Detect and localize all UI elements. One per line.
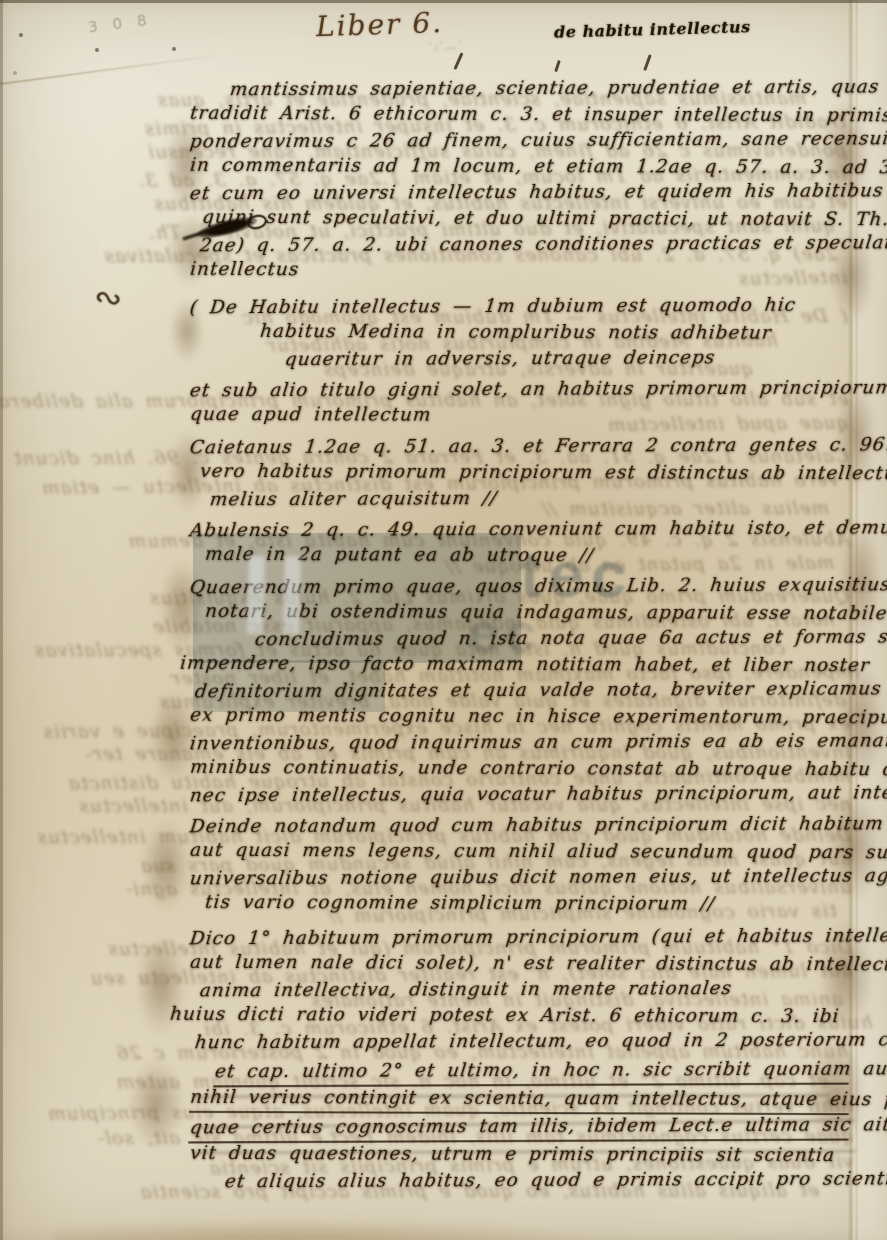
watermark-letters-lower: ec [468, 600, 542, 665]
manuscript-line: universalibus notione quibus dicit nomen… [188, 864, 851, 893]
manuscript-block: et cap. ultimo 2° et ultimo, in hoc n. s… [190, 1058, 850, 1194]
manuscript-block: ( De Habitu intellectus — 1m dubium est … [190, 294, 850, 372]
manuscript-line: vit duas quaestiones, utrum e primis pri… [189, 1141, 851, 1169]
manuscript-line: tradidit Arist. 6 ethicorum c. 3. et ins… [189, 101, 851, 129]
watermark-bar [247, 556, 265, 634]
manuscript-line: tis vario cognomine simplicium principio… [204, 890, 851, 918]
manuscript-line: anima intellectiva, distinguit in mente … [198, 976, 851, 1005]
manuscript-line: et cap. ultimo 2° et ultimo, in hoc n. s… [213, 1057, 852, 1088]
manuscript-line: et cum eo universi intellectus habitus, … [188, 179, 851, 208]
manuscript-line: 2ae) q. 57. a. 2. ubi canones conditione… [198, 231, 851, 260]
manuscript-line: Dico 1° habituum primorum principiorum (… [188, 924, 851, 953]
manuscript-line: quae apud intellectum [189, 402, 851, 430]
manuscript-line: inventionibus, quod inquirimus an cum pr… [188, 729, 851, 758]
manuscript-line: quaeritur in adversis, utraque deinceps [283, 345, 851, 373]
watermark-bar [283, 556, 301, 634]
running-title: de habitu intellectus [554, 17, 751, 41]
edge-smudge [128, 1058, 184, 1150]
pencil-folio-number: 308 [87, 10, 162, 37]
bottom-stain [55, 1218, 635, 1240]
manuscript-block: Caietanus 1.2ae q. 51. aa. 3. et Ferrara… [190, 434, 850, 512]
manuscript-line: aut lumen nale dici solet), n' est reali… [189, 950, 851, 978]
manuscript-line: quae certius cognoscimus tam illis, ibid… [188, 1113, 852, 1144]
manuscript-line: melius aliter acquisitum // [208, 485, 851, 514]
scan-edge-top [0, 0, 887, 3]
manuscript-line: huius dicti ratio videri potest ex Arist… [169, 1002, 851, 1030]
manuscript-line: et sub alio titulo gigni solet, an habit… [188, 376, 851, 405]
manuscript-line: aut quasi mens legens, cum nihil aliud s… [189, 838, 851, 866]
manuscript-line: mantissimus sapientiae, scientiae, prude… [228, 75, 851, 104]
scan-edge-left [0, 0, 3, 1240]
manuscript-line: in commentariis ad 1m locum, et etiam 1.… [189, 153, 851, 181]
watermark-patch-lower [193, 660, 385, 712]
manuscript-page-scan: Liber 6. de habitu intellectus ·⁁·⁔· 308… [0, 0, 887, 1240]
edge-smudge [142, 820, 190, 912]
manuscript-line: intellectus [189, 257, 851, 285]
paper-speck [19, 33, 23, 37]
paper-speck [95, 48, 99, 52]
paper-speck [13, 71, 17, 75]
book-title: Liber 6. [315, 6, 443, 43]
manuscript-block: Dico 1° habituum primorum principiorum (… [190, 925, 850, 1055]
manuscript-line: ( De Habitu intellectus — 1m dubium est … [188, 293, 851, 322]
paper-speck [172, 47, 176, 51]
manuscript-line: hunc habitum appellat intellectum, eo qu… [193, 1028, 851, 1057]
manuscript-line: habitus Medina in compluribus notis adhi… [259, 319, 851, 347]
margin-squiggle-mark: ∾ [90, 275, 127, 321]
manuscript-line: nihil verius contingit ex scientia, quam… [189, 1085, 851, 1115]
manuscript-line: nec ipse intellectus, quia vocatur habit… [188, 781, 851, 810]
manuscript-line: quini sunt speculativi, et duo ultimi pr… [201, 205, 851, 233]
manuscript-line: vero habitus primorum principiorum est d… [199, 459, 851, 487]
manuscript-block: Deinde notandum quod cum habitus princip… [190, 813, 850, 917]
manuscript-line: Deinde notandum quod cum habitus princip… [188, 812, 851, 841]
manuscript-line: minibus continuatis, unde contrario cons… [189, 755, 851, 783]
manuscript-block: et sub alio titulo gigni solet, an habit… [190, 377, 850, 429]
manuscript-line: Caietanus 1.2ae q. 51. aa. 3. et Ferrara… [188, 433, 851, 462]
manuscript-line: ponderavimus c 26 ad finem, cuius suffic… [188, 127, 851, 156]
manuscript-block: mantissimus sapientiae, scientiae, prude… [190, 76, 850, 284]
manuscript-line: et aliquis alius habitus, eo quod e prim… [223, 1167, 851, 1196]
